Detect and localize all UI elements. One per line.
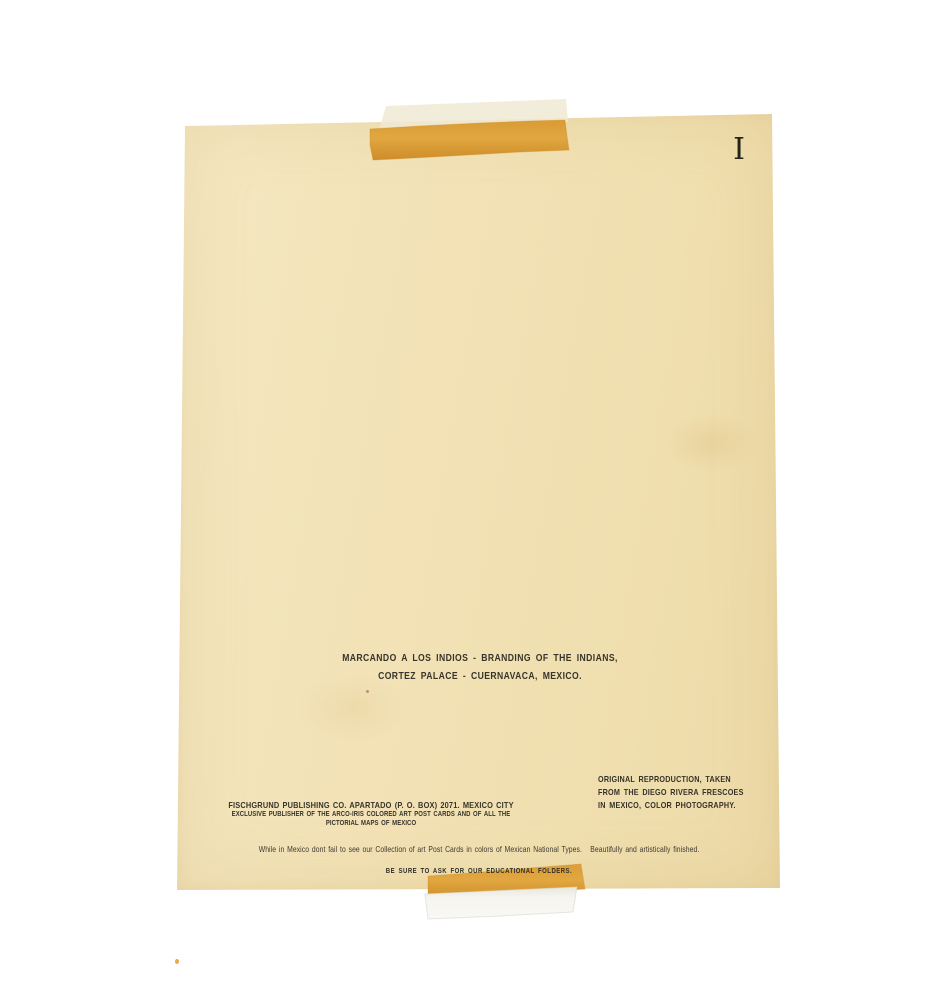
tape-bottom-overhang [425,887,577,919]
paper-vignette [177,113,781,891]
paper-stain [297,673,407,743]
paper-stain [667,413,757,473]
paper-speck [366,690,369,693]
paper-sheet [177,113,781,891]
photo-background: I MARCANDO A LOS INDIOS - BRANDING OF TH… [0,0,932,1000]
background-speck [175,959,179,964]
